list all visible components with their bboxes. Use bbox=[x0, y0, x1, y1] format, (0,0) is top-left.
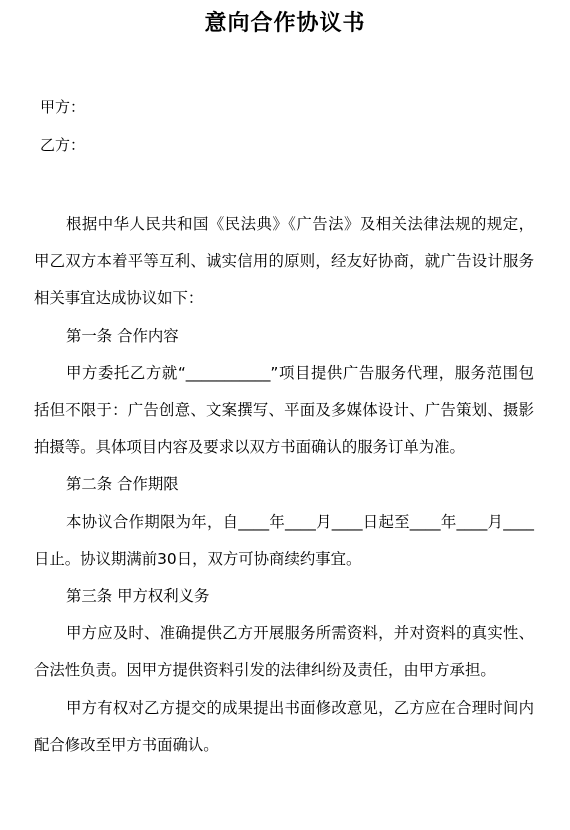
article-3-heading: 第三条 甲方权利义务 bbox=[34, 578, 534, 615]
party-b-label: 乙方： bbox=[40, 135, 85, 155]
document-title: 意向合作协议书 bbox=[0, 8, 570, 40]
party-a-label: 甲方： bbox=[40, 97, 85, 117]
article-2-paragraph: 本协议合作期限为年，自____年____月____日起至____年____月__… bbox=[34, 504, 534, 578]
document-body: 根据中华人民共和国《民法典》《广告法》及相关法律法规的规定，甲乙双方本着平等互利… bbox=[34, 206, 534, 764]
article-3-paragraph-1: 甲方应及时、准确提供乙方开展服务所需资料，并对资料的真实性、合法性负责。因甲方提… bbox=[34, 615, 534, 689]
article-1-heading: 第一条 合作内容 bbox=[34, 318, 534, 355]
preamble-paragraph: 根据中华人民共和国《民法典》《广告法》及相关法律法规的规定，甲乙双方本着平等互利… bbox=[34, 206, 534, 318]
article-3-paragraph-2: 甲方有权对乙方提交的成果提出书面修改意见，乙方应在合理时间内配合修改至甲方书面确… bbox=[34, 690, 534, 764]
article-2-heading: 第二条 合作期限 bbox=[34, 466, 534, 503]
article-1-paragraph: 甲方委托乙方就“___________”项目提供广告服务代理，服务范围包括但不限… bbox=[34, 355, 534, 467]
